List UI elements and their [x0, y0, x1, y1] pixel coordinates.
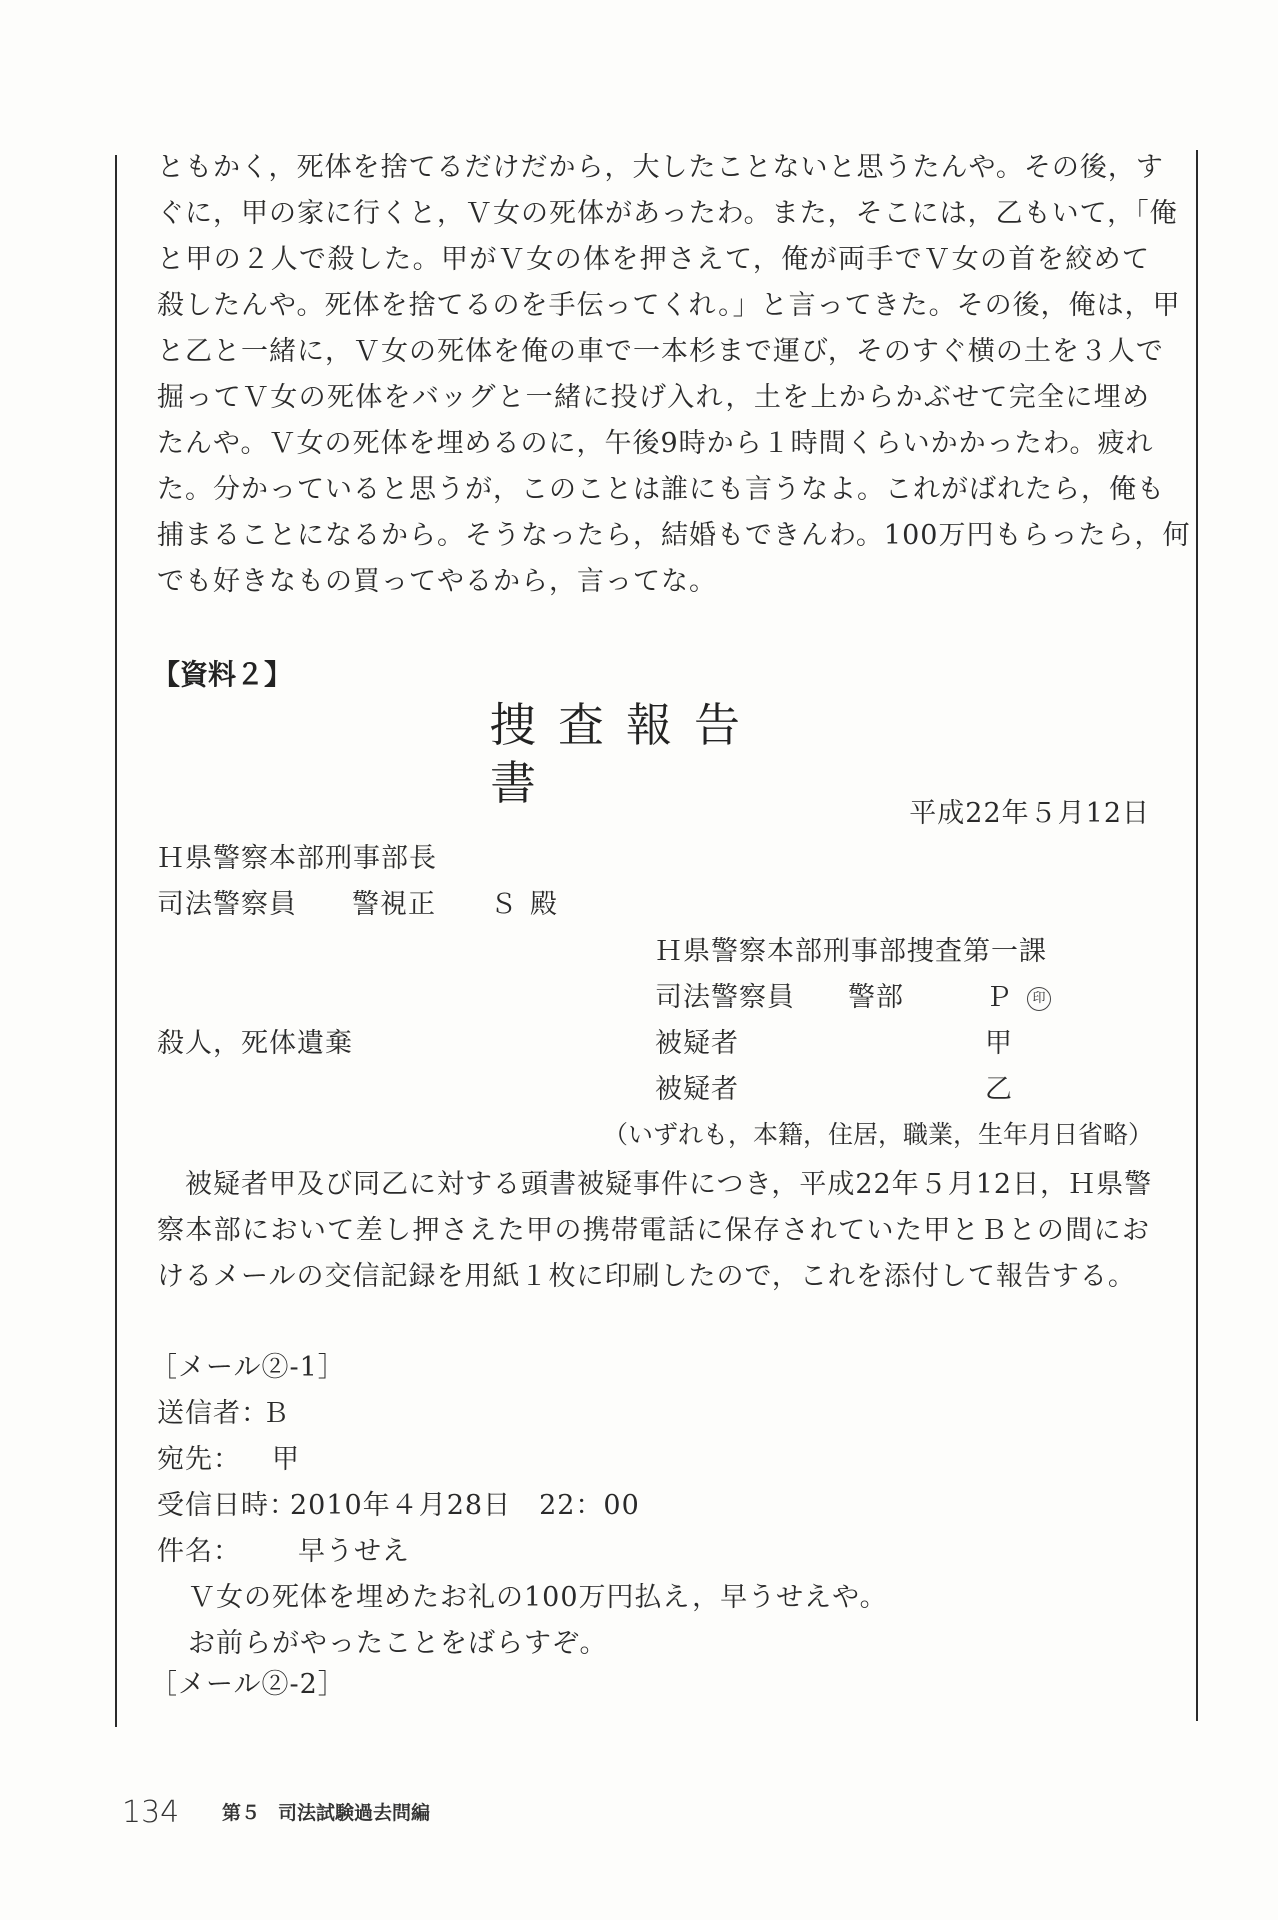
mail-sender-label: 送信者： — [157, 1397, 269, 1431]
mail-sender: Ｂ — [262, 1397, 290, 1431]
mail-body-line: Ｖ女の死体を埋めたお礼の100万円払え，早うせえや。 — [188, 1581, 888, 1615]
footer-section: 司法試験過去問編 — [278, 1802, 430, 1824]
case-name: 殺人，死体遺棄 — [157, 1027, 353, 1061]
statement-line: た。分かっていると思うが，このことは誰にも言うなよ。これがばれたら，俺も — [157, 473, 1150, 507]
running-footer: 第５司法試験過去問編 — [222, 1801, 448, 1825]
document-title: 捜査報告書 — [490, 696, 820, 812]
statement-line: でも好きなもの買ってやるから，言ってな。 — [157, 565, 1150, 599]
report-date: 平成22年５月12日 — [909, 797, 1150, 831]
statement-line: ともかく，死体を捨てるだけだから，大したことないと思うたんや。その後，す — [157, 151, 1150, 185]
statement-line: と乙と一緒に，Ｖ女の死体を俺の車で一本杉まで運び，そのすぐ横の土を３人で — [157, 335, 1150, 369]
statement-line: と甲の２人で殺した。甲がＶ女の体を押さえて，俺が両手でＶ女の首を絞めて — [157, 243, 1150, 277]
omission-note: （いずれも，本籍，住居，職業，生年月日省略） — [603, 1118, 1153, 1152]
right-border-line — [1196, 150, 1198, 1721]
statement-line: 捕まることになるから。そうなったら，結婚もできんわ。100万円もらったら，何 — [157, 519, 1150, 553]
statement-line: ぐに，甲の家に行くと，Ｖ女の死体があったわ。また，そこには，乙もいて，「俺 — [157, 197, 1150, 231]
statement-line: 殺したんや。死体を捨てるのを手伝ってくれ。」と言ってきた。その後，俺は，甲 — [157, 289, 1150, 323]
suspect-label: 被疑者 — [655, 1027, 739, 1061]
seal-stamp-icon: 印 — [1027, 987, 1051, 1011]
mail-label: ［メール②-1］ — [150, 1351, 346, 1385]
mail-received-label: 受信日時： — [157, 1489, 297, 1523]
addressee-honorific: 殿 — [530, 888, 558, 922]
addressee-rank: 警視正 — [352, 888, 436, 922]
suspect-label: 被疑者 — [655, 1073, 739, 1107]
sender-name: Ｐ — [985, 982, 1013, 1013]
sender-role: 司法警察員 — [655, 981, 795, 1015]
section-heading: 【資料２】 — [152, 657, 292, 693]
mail-received: 2010年４月28日 22：00 — [290, 1489, 640, 1523]
mail-subject: 早うせえ — [298, 1535, 410, 1569]
sender-rank: 警部 — [848, 981, 904, 1015]
report-body-line: 察本部において差し押さえた甲の携帯電話に保存されていた甲とＢとの間にお — [157, 1214, 1150, 1248]
suspect-name: 乙 — [985, 1073, 1013, 1107]
book-page: ともかく，死体を捨てるだけだから，大したことないと思うたんや。その後，す ぐに，… — [0, 0, 1278, 1920]
mail-to: 甲 — [272, 1443, 300, 1477]
addressee-department: Ｈ県警察本部刑事部長 — [157, 842, 437, 876]
mail-to-label: 宛先： — [157, 1443, 241, 1477]
addressee-name: Ｓ — [490, 888, 518, 922]
sender-name-with-seal: Ｐ印 — [985, 981, 1051, 1015]
report-body-line: けるメールの交信記録を用紙１枚に印刷したので，これを添付して報告する。 — [157, 1260, 1150, 1294]
left-border-line — [115, 155, 117, 1727]
mail-label: ［メール②-2］ — [150, 1668, 346, 1702]
statement-line: 掘ってＶ女の死体をバッグと一緒に投げ入れ，土を上からかぶせて完全に埋め — [157, 381, 1150, 415]
mail-body-line: お前らがやったことをばらすぞ。 — [188, 1627, 607, 1661]
footer-chapter: 第５ — [222, 1802, 260, 1824]
suspect-name: 甲 — [985, 1027, 1013, 1061]
report-body-line: 被疑者甲及び同乙に対する頭書被疑事件につき，平成22年５月12日，Ｈ県警 — [157, 1168, 1150, 1202]
mail-subject-label: 件名： — [157, 1535, 241, 1569]
addressee-role: 司法警察員 — [157, 888, 297, 922]
page-number: 134 — [122, 1795, 179, 1831]
statement-line: たんや。Ｖ女の死体を埋めるのに，午後9時から１時間くらいかかったわ。疲れ — [157, 427, 1150, 461]
sender-department: Ｈ県警察本部刑事部捜査第一課 — [655, 935, 1047, 969]
